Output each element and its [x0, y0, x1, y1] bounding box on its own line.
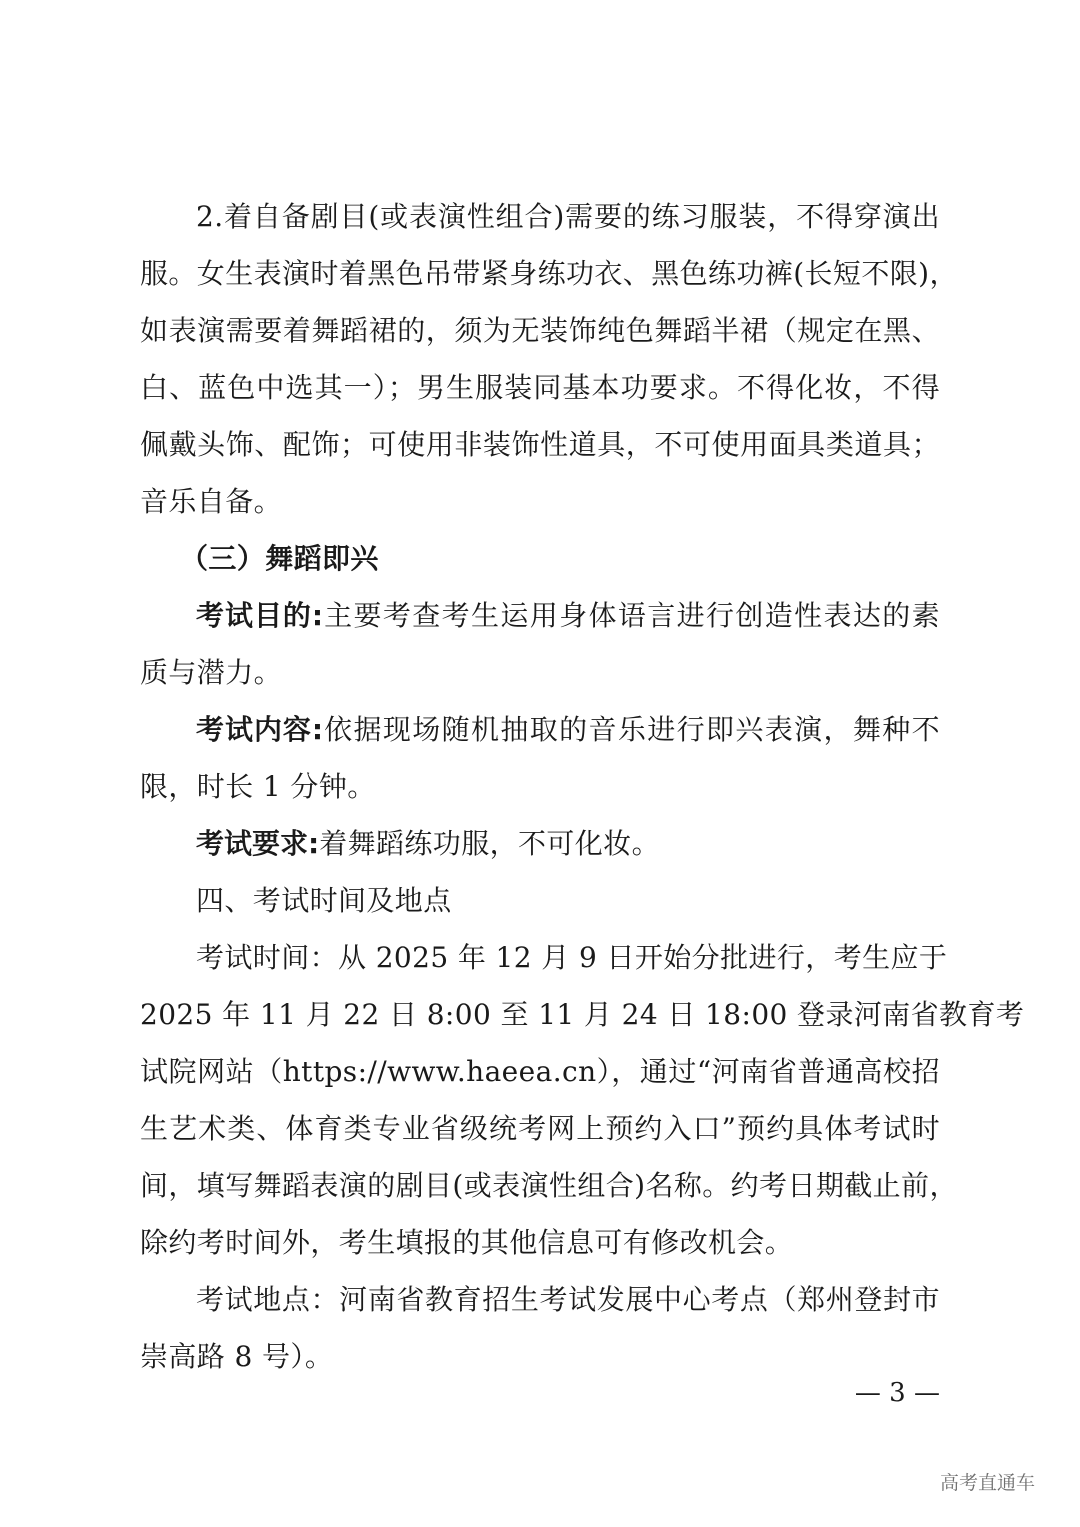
content-text-1: 依据现场随机抽取的音乐进行即兴表演，舞种不 — [323, 713, 940, 746]
content-line-2: 限，时长 1 分钟。 — [140, 767, 940, 807]
time-line-6: 除约考时间外，考生填报的其他信息可有修改机会。 — [140, 1223, 940, 1263]
purpose-line-1: 考试目的:主要考查考生运用身体语言进行创造性表达的素 — [196, 596, 940, 636]
section3-heading: （三）舞蹈即兴 — [180, 539, 980, 579]
location-line-2: 崇高路 8 号）。 — [140, 1337, 940, 1377]
item2-line-5: 佩戴头饰、配饰；可使用非装饰性道具，不可使用面具类道具； — [140, 425, 940, 465]
time-line-1: 考试时间：从 2025 年 12 月 9 日开始分批进行，考生应于 — [196, 938, 940, 978]
item2-line-1: 2.着自备剧目(或表演性组合)需要的练习服装，不得穿演出 — [196, 197, 940, 237]
item2-line-3: 如表演需要着舞蹈裙的，须为无装饰纯色舞蹈半裙（规定在黑、 — [140, 311, 940, 351]
item2-line-4: 白、蓝色中选其一）；男生服装同基本功要求。不得化妆，不得 — [140, 368, 940, 408]
purpose-text-1: 主要考查考生运用身体语言进行创造性表达的素 — [323, 599, 940, 632]
time-line-4: 生艺术类、体育类专业省级统考网上预约入口”预约具体考试时 — [140, 1109, 940, 1149]
purpose-line-2: 质与潜力。 — [140, 653, 940, 693]
section4-heading: 四、考试时间及地点 — [196, 881, 940, 921]
location-line-1: 考试地点：河南省教育招生考试发展中心考点（郑州登封市 — [196, 1280, 940, 1320]
content-line-1: 考试内容:依据现场随机抽取的音乐进行即兴表演，舞种不 — [196, 710, 940, 750]
requirement-text: 着舞蹈练功服，不可化妆。 — [319, 827, 660, 860]
content-label: 考试内容: — [196, 713, 323, 746]
item2-line-6: 音乐自备。 — [140, 482, 940, 522]
item2-line-2: 服。女生表演时着黑色吊带紧身练功衣、黑色练功裤(长短不限)， — [140, 254, 940, 294]
page-number: — 3 — — [850, 1375, 940, 1411]
requirement-label: 考试要求: — [196, 827, 319, 860]
time-line-5: 间，填写舞蹈表演的剧目(或表演性组合)名称。约考日期截止前， — [140, 1166, 940, 1206]
time-line-3: 试院网站（https://www.haeea.cn），通过“河南省普通高校招 — [140, 1052, 940, 1092]
source-watermark: 高考直通车 — [940, 1470, 1035, 1496]
purpose-label: 考试目的: — [196, 599, 323, 632]
requirement-line: 考试要求:着舞蹈练功服，不可化妆。 — [196, 824, 940, 864]
document-page: 2.着自备剧目(或表演性组合)需要的练习服装，不得穿演出 服。女生表演时着黑色吊… — [0, 0, 1080, 1527]
time-line-2: 2025 年 11 月 22 日 8:00 至 11 月 24 日 18:00 … — [140, 995, 940, 1035]
